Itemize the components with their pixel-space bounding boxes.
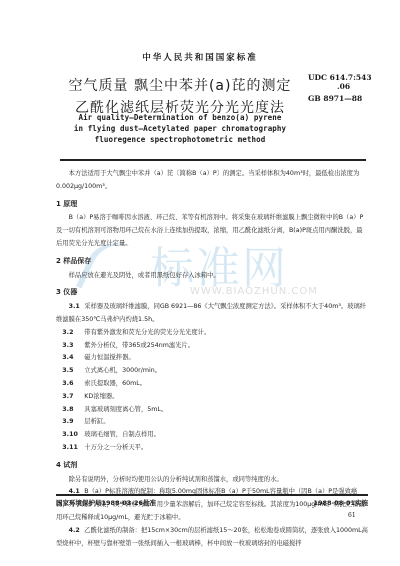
item-text: 层析缸。 [84,418,109,425]
paragraph: 样品应放在避光及阴处，或者用黑纸包好存入冰箱中。 [56,270,368,283]
top-rule [60,159,366,161]
item-text: 玻璃毛细管，自制点样用。 [84,431,160,438]
document-body: 本方法适用于大气飘尘中苯并（a）芘〔简称B（a）P〕的测定。当采样体积为40m³… [56,168,368,550]
item-text: 索氏提取器，60mL。 [84,380,146,387]
list-item: 3.9层析缸。 [56,416,368,429]
paragraph: 除另有说明外，分析时均使用公认的分析纯试剂和蒸馏水，或同等纯度的水。 [56,474,368,487]
list-item: 3.2带有紫外激发和荧光分光的荧光分光光度计。 [56,327,368,340]
list-item: 4.2乙酰化滤纸的制备：把15cm×30cm的层析滤纸15～20张，松松地卷成圆… [56,525,368,551]
item-number: 4.2 [62,525,84,538]
approval-date: 国家环境保护局1988-03-26批准 [56,498,156,507]
list-item: 3.10玻璃毛细管，自制点样用。 [56,429,368,442]
section-heading: 1 原理 [56,198,368,211]
item-number: 3.2 [62,327,84,340]
item-text: 乙酰化滤纸的制备：把15cm×30cm的层析滤纸15～20张，松松地卷成圆筒状，… [56,527,368,547]
item-text: 具塞玻璃刻度离心管，5mL。 [84,406,167,413]
item-number: 3.1 [62,301,84,314]
section-instruments: 3 仪器 3.1采样器及玻璃纤维滤膜，同GB 6921—86《大气飘尘浓度测定方… [56,286,368,454]
list-item: 3.3紫外分析仪，带365或254nm滤光片。 [56,340,368,353]
section-sample-storage: 2 样品保存 样品应放在避光及阴处，或者用黑纸包好存入冰箱中。 [56,255,368,283]
list-item: 3.8具塞玻璃刻度离心管，5mL。 [56,404,368,417]
udc-code: UDC 614.7:543 .06 [308,73,372,91]
item-number: 3.5 [62,365,84,378]
list-item: 3.4磁力恒温搅拌器。 [56,352,368,365]
title-en-line2: in flying dust—Acetylated paper chromato… [60,123,300,134]
list-item: 3.6索氏提取器，60mL。 [56,378,368,391]
national-standard-header: 中华人民共和国国家标准 [0,51,400,63]
item-number: 3.8 [62,404,84,417]
item-text: 采样器及玻璃纤维滤膜，同GB 6921—86《大气飘尘浓度测定方法》。采样体积不… [56,303,366,323]
section-heading: 4 试剂 [56,459,368,472]
section-heading: 3 仪器 [56,286,368,299]
list-item: 3.7KD浓缩器。 [56,391,368,404]
page-number: 61 [348,512,356,519]
item-number: 3.6 [62,378,84,391]
section-heading: 2 样品保存 [56,255,368,268]
udc-sub: .06 [308,82,372,91]
list-item: 3.1采样器及玻璃纤维滤膜，同GB 6921—86《大气飘尘浓度测定方法》。采样… [56,301,368,327]
item-text: 十万分之一分析天平。 [84,444,147,451]
implementation-date: 1988-08-01实施 [300,498,368,507]
item-text: 带有紫外激发和荧光分光的荧光分光光度计。 [84,329,210,336]
item-number: 3.3 [62,340,84,353]
item-text: 紫外分析仪，带365或254nm滤光片。 [84,342,194,349]
section-principle: 1 原理 B（a）P易溶于咖啡因水溶液、环己烷、苯等有机溶剂中。将采集在玻璃纤维… [56,198,368,251]
item-number: 3.9 [62,416,84,429]
list-item: 3.5立式离心机，3000r/min。 [56,365,368,378]
title-en-line3: fluoregence spectrophotometric method [60,134,300,145]
item-text: 立式离心机，3000r/min。 [84,367,161,374]
item-number: 3.4 [62,352,84,365]
intro-paragraph: 本方法适用于大气飘尘中苯并（a）芘〔简称B（a）P〕的测定。当采样体积为40m³… [56,168,368,194]
paragraph: B（a）P易溶于咖啡因水溶液、环己烷、苯等有机溶剂中。将采集在玻璃纤维滤膜上飘尘… [56,212,368,250]
title-cn-line1: 空气质量 飘尘中苯并(a)芘的测定 [60,76,300,96]
title-en-line1: Air quality—Determination of benzo(a) py… [60,112,300,123]
item-number: 3.7 [62,391,84,404]
item-number: 3.10 [62,429,84,442]
item-text: 磁力恒温搅拌器。 [84,354,134,361]
gb-code: GB 8971—88 [308,94,362,103]
list-item: 3.11十万分之一分析天平。 [56,442,368,455]
item-text: KD浓缩器。 [84,393,118,400]
udc-label: UDC 614.7:543 [308,73,372,82]
item-number: 3.11 [62,442,84,455]
